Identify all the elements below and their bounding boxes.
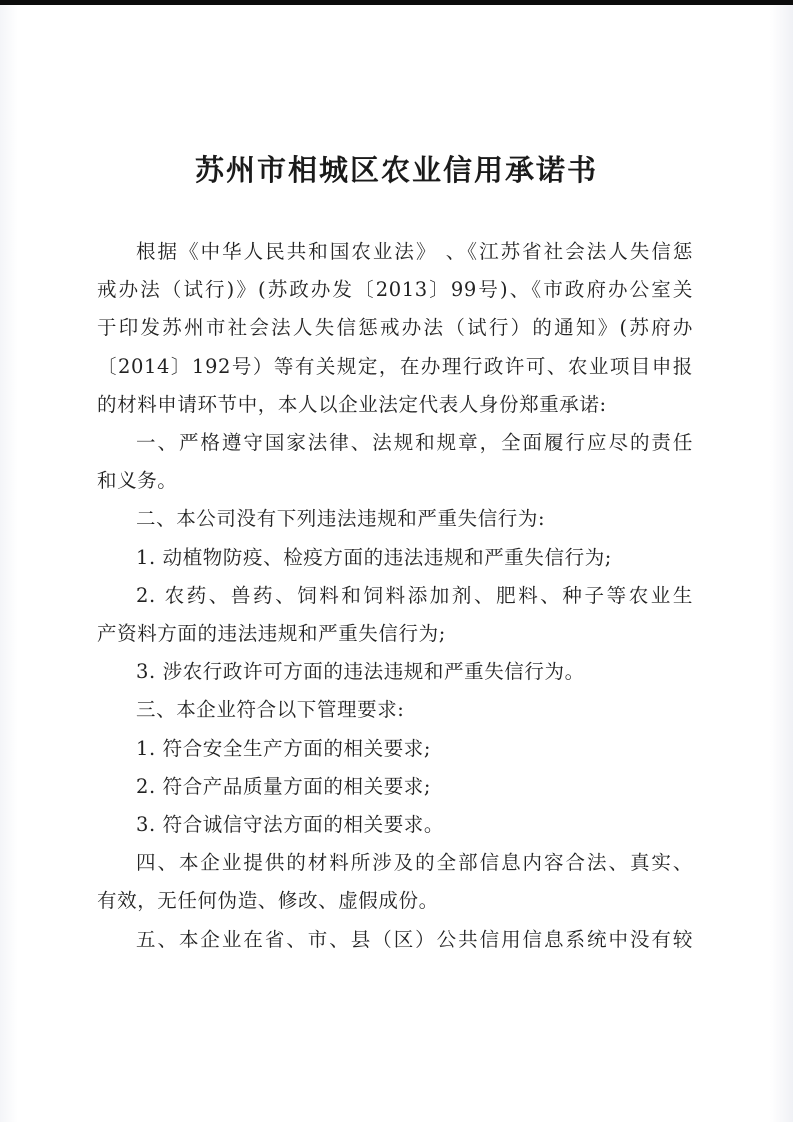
commitment-2: 二、本公司没有下列违法违规和严重失信行为:	[97, 500, 693, 538]
document-body: 根据《中华人民共和国农业法》 、《江苏省社会法人失信惩 戒办法（试行)》(苏政办…	[97, 233, 693, 959]
body-line: 戒办法（试行)》(苏政办发〔2013〕99号)、《市政府办公室关	[97, 271, 693, 309]
body-line: 根据《中华人民共和国农业法》 、《江苏省社会法人失信惩	[97, 233, 693, 271]
commitment-2-item-1: 1. 动植物防疫、检疫方面的违法违规和严重失信行为;	[97, 539, 693, 577]
commitment-3-item-3: 3. 符合诚信守法方面的相关要求。	[97, 806, 693, 844]
body-line: 产资料方面的违法违规和严重失信行为;	[97, 615, 693, 653]
commitment-3-item-1: 1. 符合安全生产方面的相关要求;	[97, 730, 693, 768]
commitment-3: 三、本企业符合以下管理要求:	[97, 691, 693, 729]
commitment-4: 四、本企业提供的材料所涉及的全部信息内容合法、真实、	[97, 844, 693, 882]
commitment-5: 五、本企业在省、市、县（区）公共信用信息系统中没有较	[97, 921, 693, 959]
body-line: 于印发苏州市社会法人失信惩戒办法（试行）的通知》(苏府办	[97, 309, 693, 347]
body-line: 〔2014〕192号）等有关规定，在办理行政许可、农业项目申报	[97, 348, 693, 386]
commitment-2-item-3: 3. 涉农行政许可方面的违法违规和严重失信行为。	[97, 653, 693, 691]
commitment-3-item-2: 2. 符合产品质量方面的相关要求;	[97, 768, 693, 806]
body-line: 的材料申请环节中，本人以企业法定代表人身份郑重承诺:	[97, 386, 693, 424]
document-page: 苏州市相城区农业信用承诺书 根据《中华人民共和国农业法》 、《江苏省社会法人失信…	[0, 5, 793, 1122]
body-line: 有效，无任何伪造、修改、虚假成份。	[97, 882, 693, 920]
commitment-2-item-2: 2. 农药、兽药、饲料和饲料添加剂、肥料、种子等农业生	[97, 577, 693, 615]
document-title: 苏州市相城区农业信用承诺书	[0, 148, 793, 189]
commitment-1: 一、严格遵守国家法律、法规和规章，全面履行应尽的责任	[97, 424, 693, 462]
body-line: 和义务。	[97, 462, 693, 500]
